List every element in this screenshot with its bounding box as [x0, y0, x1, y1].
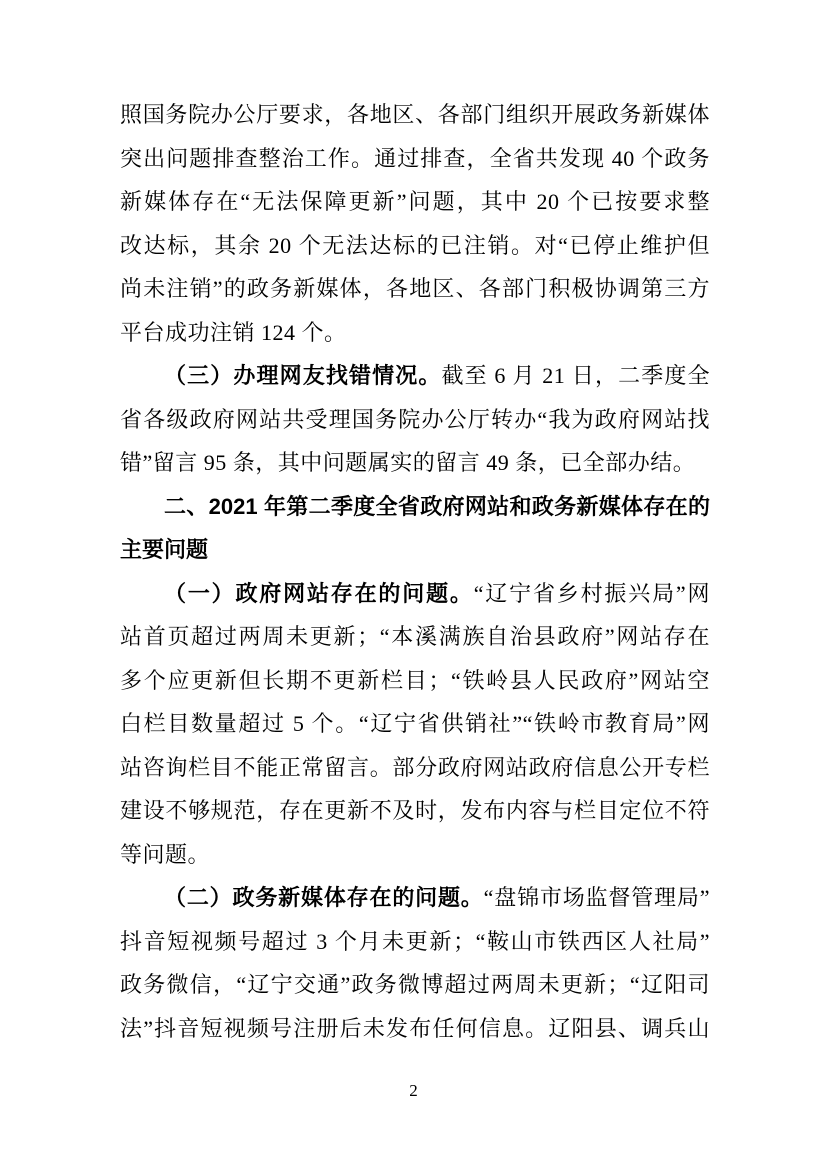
text-line-paragraph-end: 等问题。 — [120, 833, 710, 877]
text-line: 新媒体存在“无法保障更新”问题，其中 20 个已按要求整 — [120, 180, 710, 224]
text-line: 多个应更新但长期不更新栏目；“铁岭县人民政府”网站空 — [120, 659, 710, 703]
document-body: 照国务院办公厅要求，各地区、各部门组织开展政务新媒体 突出问题排查整治工作。通过… — [120, 93, 710, 1050]
subheading-section-1: （一）政府网站存在的问题。 — [164, 581, 474, 606]
text-line: 照国务院办公厅要求，各地区、各部门组织开展政务新媒体 — [120, 93, 710, 137]
heading-text: 二、2021 年第二季度全省政府网站和政务新媒体存在的 — [164, 494, 710, 519]
body-text: 错”留言 95 条，其中问题属实的留言 49 条，已全部办结。 — [120, 450, 695, 475]
page-number: 2 — [0, 1080, 827, 1102]
heading-text: 主要问题 — [120, 537, 208, 562]
subheading-section-2: （二）政务新媒体存在的问题。 — [164, 885, 484, 910]
text-line-paragraph-end: 错”留言 95 条，其中问题属实的留言 49 条，已全部办结。 — [120, 441, 710, 485]
body-text: 白栏目数量超过 5 个。“辽宁省供销社”“铁岭市教育局”网 — [120, 711, 710, 736]
text-line-paragraph-end: 平台成功注销 124 个。 — [120, 311, 710, 355]
body-text: 改达标，其余 20 个无法达标的已注销。对“已停止维护但 — [120, 233, 710, 258]
body-text: 多个应更新但长期不更新栏目；“铁岭县人民政府”网站空 — [120, 668, 710, 693]
text-line: 法”抖音短视频号注册后未发布任何信息。辽阳县、调兵山 — [120, 1007, 710, 1051]
text-line-subheading: （三）办理网友找错情况。截至 6 月 21 日，二季度全 — [120, 354, 710, 398]
text-line: 政务微信，“辽宁交通”政务微博超过两周未更新；“辽阳司 — [120, 963, 710, 1007]
text-line: 站咨询栏目不能正常留言。部分政府网站政府信息公开专栏 — [120, 746, 710, 790]
chapter-heading-line-2: 主要问题 — [120, 528, 710, 572]
body-text: 站首页超过两周未更新；“本溪满族自治县政府”网站存在 — [120, 624, 710, 649]
body-text: “盘锦市场监督管理局” — [484, 885, 710, 910]
document-page: 照国务院办公厅要求，各地区、各部门组织开展政务新媒体 突出问题排查整治工作。通过… — [0, 0, 827, 1169]
text-line: 抖音短视频号超过 3 个月未更新；“鞍山市铁西区人社局” — [120, 920, 710, 964]
body-text: 新媒体存在“无法保障更新”问题，其中 20 个已按要求整 — [120, 189, 710, 214]
body-text: 政务微信，“辽宁交通”政务微博超过两周未更新；“辽阳司 — [120, 972, 710, 997]
text-line: 改达标，其余 20 个无法达标的已注销。对“已停止维护但 — [120, 224, 710, 268]
body-text: 等问题。 — [120, 842, 210, 867]
text-line: 省各级政府网站共受理国务院办公厅转办“我为政府网站找 — [120, 398, 710, 442]
subheading-section-3: （三）办理网友找错情况。 — [164, 363, 442, 388]
text-line: 白栏目数量超过 5 个。“辽宁省供销社”“铁岭市教育局”网 — [120, 702, 710, 746]
body-text: 省各级政府网站共受理国务院办公厅转办“我为政府网站找 — [120, 407, 710, 432]
body-text: 建设不够规范，存在更新不及时，发布内容与栏目定位不符 — [120, 798, 710, 823]
text-line: 突出问题排查整治工作。通过排查，全省共发现 40 个政务 — [120, 137, 710, 181]
text-line: 站首页超过两周未更新；“本溪满族自治县政府”网站存在 — [120, 615, 710, 659]
body-text: 平台成功注销 124 个。 — [120, 320, 347, 345]
text-line: 建设不够规范，存在更新不及时，发布内容与栏目定位不符 — [120, 789, 710, 833]
text-line: 尚未注销”的政务新媒体，各地区、各部门积极协调第三方 — [120, 267, 710, 311]
body-text: 照国务院办公厅要求，各地区、各部门组织开展政务新媒体 — [120, 102, 710, 127]
chapter-heading-line-1: 二、2021 年第二季度全省政府网站和政务新媒体存在的 — [120, 485, 710, 529]
body-text: 截至 6 月 21 日，二季度全 — [442, 363, 711, 388]
body-text: 站咨询栏目不能正常留言。部分政府网站政府信息公开专栏 — [120, 755, 710, 780]
body-text: 法”抖音短视频号注册后未发布任何信息。辽阳县、调兵山 — [120, 1016, 710, 1041]
text-line-subheading: （一）政府网站存在的问题。“辽宁省乡村振兴局”网 — [120, 572, 710, 616]
body-text: 尚未注销”的政务新媒体，各地区、各部门积极协调第三方 — [120, 276, 710, 301]
body-text: 突出问题排查整治工作。通过排查，全省共发现 40 个政务 — [120, 146, 710, 171]
body-text: “辽宁省乡村振兴局”网 — [474, 581, 710, 606]
text-line-subheading: （二）政务新媒体存在的问题。“盘锦市场监督管理局” — [120, 876, 710, 920]
body-text: 抖音短视频号超过 3 个月未更新；“鞍山市铁西区人社局” — [120, 929, 710, 954]
